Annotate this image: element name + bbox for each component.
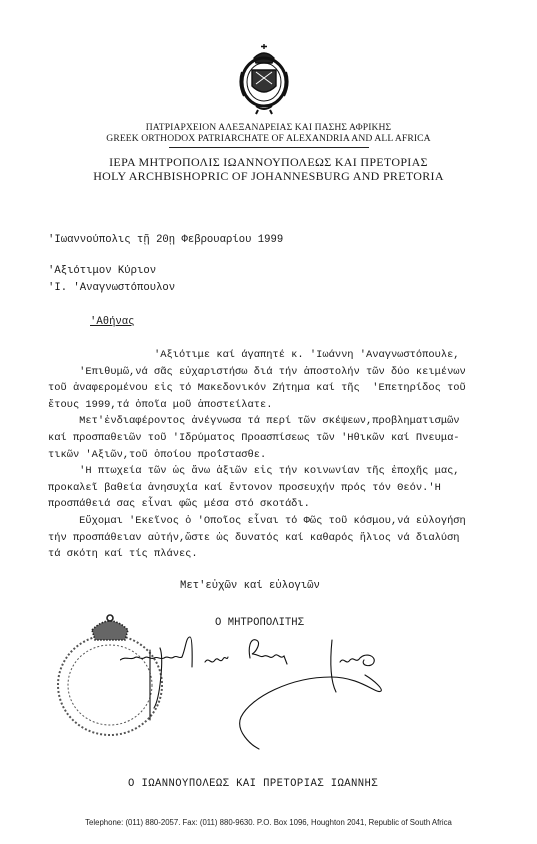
recipient-salutation: 'Αξιότιμον Κύριον [48, 265, 156, 278]
body-line: 'Επιθυμῶ,νά σᾶς εὐχαριστήσω διά τήν ἀποσ… [48, 364, 518, 381]
letterhead-patriarchate-greek: ΠΑΤΡΙΑΡΧΕΙΟΝ ΑΛΕΞΑΝΔΡΕΙΑΣ ΚΑΙ ΠΑΣΗΣ ΑΦΡΙ… [0, 122, 537, 133]
letter-closing: Μετ'εὐχῶν καί εὐλογιῶν [180, 580, 320, 593]
body-line: 'Η πτωχεία τῶν ὡς ἄνω ἀξιῶν εἰς τήν κοιν… [48, 463, 518, 480]
handwritten-signature [120, 620, 400, 750]
letterhead-patriarchate-english: GREEK ORTHODOX PATRIARCHATE OF ALEXANDRI… [0, 133, 537, 144]
letter-body: 'Αξιότιμε καί άγαπητέ κ. 'Ιωάννη 'Αναγνω… [48, 347, 518, 563]
letterhead-divider [169, 147, 369, 148]
recipient-city: 'Αθήνας [90, 316, 135, 329]
body-line: προσπάθειά σας εἶναι φῶς μέσα στό σκοτάδ… [48, 496, 518, 513]
body-line: τικῶν 'Αξιῶν,τοῦ ὁποίου προΐστασθε. [48, 447, 518, 464]
patriarchal-crest-icon [232, 42, 296, 116]
signatory-name: Ο ΙΩΑΝΝΟΥΠΟΛΕΩΣ ΚΑΙ ΠΡΕΤΟΡΙΑΣ ΙΩΑΝΝΗΣ [128, 778, 378, 791]
body-line: τήν προσπάθειαν αὐτήν,ὥστε ὡς δυνατός κα… [48, 530, 518, 547]
body-line: τοῦ ἀναφερομένου εἰς τό Μακεδονικόν Ζήτη… [48, 380, 518, 397]
body-line: καί προσπαθειῶν τοῦ 'Ιδρύματος Προασπίσε… [48, 430, 518, 447]
body-line: τά σκότη καί τίς πλάνες. [48, 546, 518, 563]
body-line: Εὔχομαι 'Εκεῖνος ὁ 'Οποῖος εἶναι τό Φῶς … [48, 513, 518, 530]
letter-date: 'Ιωαννούπολις τῇ 20ῃ Φεβρουαρίου 1999 [48, 234, 283, 247]
body-line: Μετ'ἐνδιαφέροντος ἀνέγνωσα τά περί τῶν σ… [48, 413, 518, 430]
letterhead-archbishopric-english: HOLY ARCHBISHOPRIC OF JOHANNESBURG AND P… [0, 169, 537, 184]
body-line: προκαλεῖ βαθεία ἀνησυχία καί ἔντονον προ… [48, 480, 518, 497]
body-line: ἔτους 1999,τά ὁποῖα μοῦ ἀποστείλατε. [48, 397, 518, 414]
body-line: 'Αξιότιμε καί άγαπητέ κ. 'Ιωάννη 'Αναγνω… [48, 347, 518, 364]
recipient-name: 'Ι. 'Αναγνωστόπουλον [48, 282, 175, 295]
letterhead-archbishopric-greek: ΙΕΡΑ ΜΗΤΡΟΠΟΛΙΣ ΙΩΑΝΝΟΥΠΟΛΕΩΣ ΚΑΙ ΠΡΕΤΟΡ… [0, 155, 537, 170]
footer-contact: Telephone: (011) 880-2057. Fax: (011) 88… [0, 818, 537, 827]
